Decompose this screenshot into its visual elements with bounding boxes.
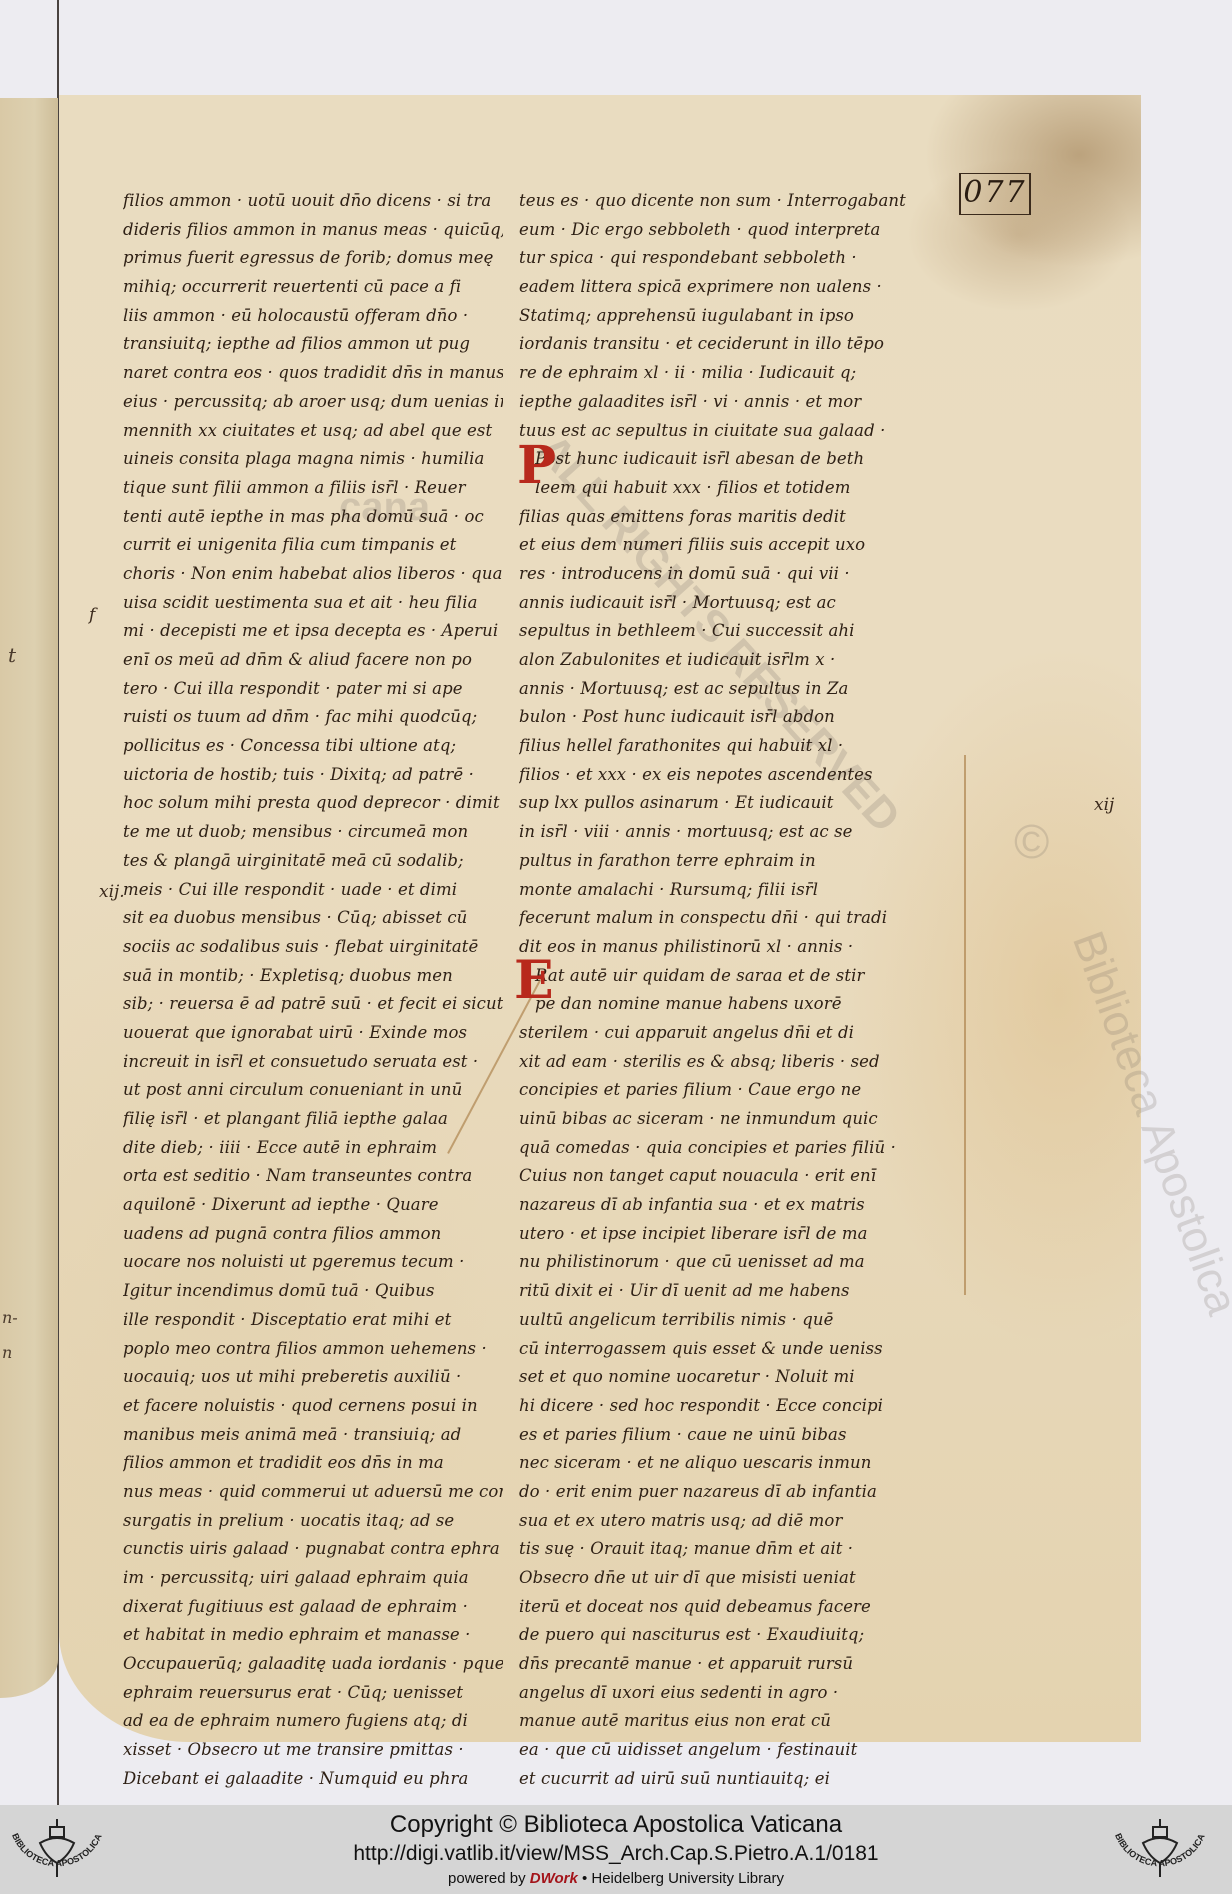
copyright-text: Copyright © Biblioteca Apostolica Vatica… [0,1811,1232,1839]
text-line: Occupauerūq; galaaditę uada iordanis · p… [123,1650,503,1679]
manuscript-page: cana ALL RIGHTS RESERVED © Biblioteca Ap… [59,95,1141,1742]
text-line: ille respondit · Disceptatio erat mihi e… [123,1306,503,1335]
text-line: dn̄s precantē manue · et apparuit rursū [519,1650,909,1679]
text-line: uocare nos noluisti ut pgeremus tecum · [123,1248,503,1277]
text-line: eius · percussitq; ab aroer usq; dum uen… [123,388,503,417]
text-line: eadem littera spicā exprimere non ualens… [519,273,909,302]
text-line: filios · et xxx · ex eis nepotes ascende… [519,761,909,790]
text-line: dideris filios ammon in manus meas · qui… [123,216,503,245]
text-line: nus meas · quid commerui ut aduersū me c… [123,1478,503,1507]
text-line: choris · Non enim habebat alios liberos … [123,560,503,589]
text-line: meis · Cui ille respondit · uade · et di… [123,876,503,905]
text-line: liis ammon · eū holocaustū offeram dn̄o … [123,302,503,331]
text-line: uictoria de hostib; tuis · Dixitq; ad pa… [123,761,503,790]
text-line: Post hunc iudicauit isr̄l abesan de beth [519,445,909,474]
text-line: pollicitus es · Concessa tibi ultione at… [123,732,503,761]
text-line: manue autē maritus eius non erat cū [519,1707,909,1736]
text-line: filię isr̄l · et plangant filiā iepthe g… [123,1105,503,1134]
text-line: sterilem · cui apparuit angelus dn̄i et … [519,1019,909,1048]
text-line: hi dicere · sed hoc respondit · Ecce con… [519,1392,909,1421]
text-line: res · introducens in domū suā · qui vii … [519,560,909,589]
text-line: filias quas emittens foras maritis dedit [519,503,909,532]
manuscript-url[interactable]: http://digi.vatlib.it/view/MSS_Arch.Cap.… [0,1842,1232,1866]
text-line: tique sunt filii ammon a filiis isr̄l · … [123,474,503,503]
text-line: uinū bibas ac siceram · ne inmundum quic [519,1105,909,1134]
text-line: sup lxx pullos asinarum · Et iudicauit [519,789,909,818]
left-margin-mark: f [89,605,95,625]
text-line: enī os meū ad dn̄m & aliud facere non po [123,646,503,675]
text-line: xisset · Obsecro ut me transire pmittas … [123,1736,503,1765]
rubric-initial-p: P [517,440,556,492]
text-line: ruisti os tuum ad dn̄m · fac mihi quodcū… [123,703,503,732]
text-line: tis suę · Orauit itaq; manue dn̄m et ait… [519,1535,909,1564]
text-line: alon Zabulonites et iudicauit isr̄lm x · [519,646,909,675]
text-line: primus fuerit egressus de forib; domus m… [123,244,503,273]
powered-prefix: powered by [448,1870,530,1887]
text-line: angelus dī uxori eius sedenti in agro · [519,1679,909,1708]
rubric-initial-e: E [514,955,554,1007]
text-line: nu philistinorum · que cū uenisset ad ma [519,1248,909,1277]
left-margin-note: n- [2,1308,18,1327]
text-line: Obsecro dn̄e ut uir dī que misisti uenia… [519,1564,909,1593]
text-line: et eius dem numeri filiis suis accepit u… [519,531,909,560]
text-line: iepthe galaadites isr̄l · vi · annis · e… [519,388,909,417]
text-line: de puero qui nasciturus est · Exaudiuitq… [519,1621,909,1650]
left-margin-mark: xij. [99,882,125,902]
text-line: fecerunt malum in conspectu dn̄i · qui t… [519,904,909,933]
powered-by: powered by DWork • Heidelberg University… [0,1870,1232,1887]
text-line: te me ut duob; mensibus · circumeā mon [123,818,503,847]
dwork-link[interactable]: DWork [530,1870,578,1887]
text-line: in isr̄l · viii · annis · mortuusq; est … [519,818,909,847]
text-line: re de ephraim xl · ii · milia · Iudicaui… [519,359,909,388]
text-line: cū interrogassem quis esset & unde uenis… [519,1335,909,1364]
text-line: et facere noluistis · quod cernens posui… [123,1392,503,1421]
text-line: uultū angelicum terribilis nimis · quē [519,1306,909,1335]
text-line: uouerat que ignorabat uirū · Exinde mos [123,1019,503,1048]
text-line: uineis consita plaga magna nimis · humil… [123,445,503,474]
text-line: set et quo nomine uocaretur · Noluit mi [519,1363,909,1392]
powered-suffix: • Heidelberg University Library [578,1870,784,1887]
text-line: tuus est ac sepultus in ciuitate sua gal… [519,417,909,446]
manuscript-viewer: t n- n cana ALL RIGHTS RESERVED © Biblio… [0,0,1232,1805]
text-line: xit ad eam · sterilis es & absq; liberis… [519,1048,909,1077]
right-margin-note: xij [1094,795,1114,815]
text-line: iordanis transitu · et ceciderunt in ill… [519,330,909,359]
text-line: uocauiq; uos ut mihi preberetis auxiliū … [123,1363,503,1392]
text-line: leem qui habuit xxx · filios et totidem [519,474,909,503]
folio-number: 077 [959,173,1031,215]
text-line: Igitur incendimus domū tuā · Quibus [123,1277,503,1306]
text-line: annis iudicauit isr̄l · Mortuusq; est ac [519,589,909,618]
text-line: ritū dixit ei · Uir dī uenit ad me haben… [519,1277,909,1306]
text-line: ut post anni circulum conueniant in unū [123,1076,503,1105]
text-column-right: teus es · quo dicente non sum · Interrog… [519,187,909,1794]
text-line: et habitat in medio ephraim et manasse · [123,1621,503,1650]
text-line: utero · et ipse incipiet liberare isr̄l … [519,1220,909,1249]
text-line: et cucurrit ad uirū suū nuntiauitq; ei [519,1765,909,1794]
text-line: sociis ac sodalibus suis · flebat uirgin… [123,933,503,962]
text-line: surgatis in prelium · uocatis itaq; ad s… [123,1507,503,1536]
text-line: sepultus in bethleem · Cui successit ahi [519,617,909,646]
left-margin-note: n [2,1343,12,1362]
text-line: filios ammon · uotū uouit dn̄o dicens · … [123,187,503,216]
text-line: es et paries filium · caue ne uinū bibas [519,1421,909,1450]
text-line: ad ea de ephraim numero fugiens atq; di [123,1707,503,1736]
text-line: uadens ad pugnā contra filios ammon [123,1220,503,1249]
text-line: tur spica · qui respondebant sebboleth · [519,244,909,273]
text-line: eum · Dic ergo sebboleth · quod interpre… [519,216,909,245]
text-line: pe dan nomine manue habens uxorē [519,990,909,1019]
text-line: Rat autē uir quidam de saraa et de stir [519,962,909,991]
text-line: cunctis uiris galaad · pugnabat contra e… [123,1535,503,1564]
text-line: quā comedas · quia concipies et paries f… [519,1134,909,1163]
text-line: teus es · quo dicente non sum · Interrog… [519,187,909,216]
text-line: do · erit enim puer nazareus dī ab infan… [519,1478,909,1507]
text-line: dixerat fugitiuus est galaad de ephraim … [123,1593,503,1622]
watermark-copyright: © [1014,815,1049,870]
text-line: im · percussitq; uiri galaad ephraim qui… [123,1564,503,1593]
text-line: Dicebant ei galaadite · Numquid eu phra [123,1765,503,1794]
left-page-edge: t n- n [0,98,58,1698]
text-line: poplo meo contra filios ammon uehemens · [123,1335,503,1364]
text-line: naret contra eos · quos tradidit dn̄s in… [123,359,503,388]
text-line: hoc solum mihi presta quod deprecor · di… [123,789,503,818]
text-line: monte amalachi · Rursumq; filii isr̄l [519,876,909,905]
text-line: suā in montib; · Expletisq; duobus men [123,962,503,991]
text-line: orta est seditio · Nam transeuntes contr… [123,1162,503,1191]
vatican-library-logo-icon: BIBLIOTECA APOSTOLICA VATICANA [1105,1813,1215,1893]
left-margin-note: t [8,643,16,667]
text-line: transiuitq; iepthe ad filios ammon ut pu… [123,330,503,359]
text-line: nazareus dī ab infantia sua · et ex matr… [519,1191,909,1220]
text-line: ea · que cū uidisset angelum · festinaui… [519,1736,909,1765]
text-line: bulon · Post hunc iudicauit isr̄l abdon [519,703,909,732]
text-line: currit ei unigenita filia cum timpanis e… [123,531,503,560]
svg-text:BIBLIOTECA APOSTOLICA VATICANA: BIBLIOTECA APOSTOLICA VATICANA [1105,1813,1207,1868]
text-line: pultus in farathon terre ephraim in [519,847,909,876]
text-line: tero · Cui illa respondit · pater mi si … [123,675,503,704]
text-line: mennith xx ciuitates et usq; ad abel que… [123,417,503,446]
text-line: ephraim reuersurus erat · Cūq; uenisset [123,1679,503,1708]
text-line: mi · decepisti me et ipsa decepta es · A… [123,617,503,646]
text-column-left: filios ammon · uotū uouit dn̄o dicens · … [123,187,503,1794]
text-line: tes & plangā uirginitatē meā cū sodalib; [123,847,503,876]
text-line: Statimq; apprehensū iugulabant in ipso [519,302,909,331]
text-line: Cuius non tanget caput nouacula · erit e… [519,1162,909,1191]
text-line: iterū et doceat nos quid debeamus facere [519,1593,909,1622]
text-line: dit eos in manus philistinorū xl · annis… [519,933,909,962]
text-line: manibus meis animā meā · transiuiq; ad [123,1421,503,1450]
watermark-library: Biblioteca Apostolica [1062,925,1232,1321]
text-line: sib; · reuersa ē ad patrē suū · et fecit… [123,990,503,1019]
copyright-footer: BIBLIOTECA APOSTOLICA VATICANA Copyright… [0,1805,1232,1894]
text-line: annis · Mortuusq; est ac sepultus in Za [519,675,909,704]
margin-ruling [964,755,966,1295]
text-line: concipies et paries filium · Caue ergo n… [519,1076,909,1105]
text-line: aquilonē · Dixerunt ad iepthe · Quare [123,1191,503,1220]
text-line: filius hellel farathonites qui habuit xl… [519,732,909,761]
text-line: uisa scidit uestimenta sua et ait · heu … [123,589,503,618]
text-line: mihiq; occurrerit reuertenti cū pace a f… [123,273,503,302]
text-line: tenti autē iepthe in mas pha domū suā · … [123,503,503,532]
text-line: nec siceram · et ne aliquo uescaris inmu… [519,1449,909,1478]
text-line: dite dieb; · iiii · Ecce autē in ephraim [123,1134,503,1163]
text-line: sit ea duobus mensibus · Cūq; abisset cū [123,904,503,933]
text-line: increuit in isr̄l et consuetudo seruata … [123,1048,503,1077]
text-line: sua et ex utero matris usq; ad diē mor [519,1507,909,1536]
text-line: filios ammon et tradidit eos dn̄s in ma [123,1449,503,1478]
